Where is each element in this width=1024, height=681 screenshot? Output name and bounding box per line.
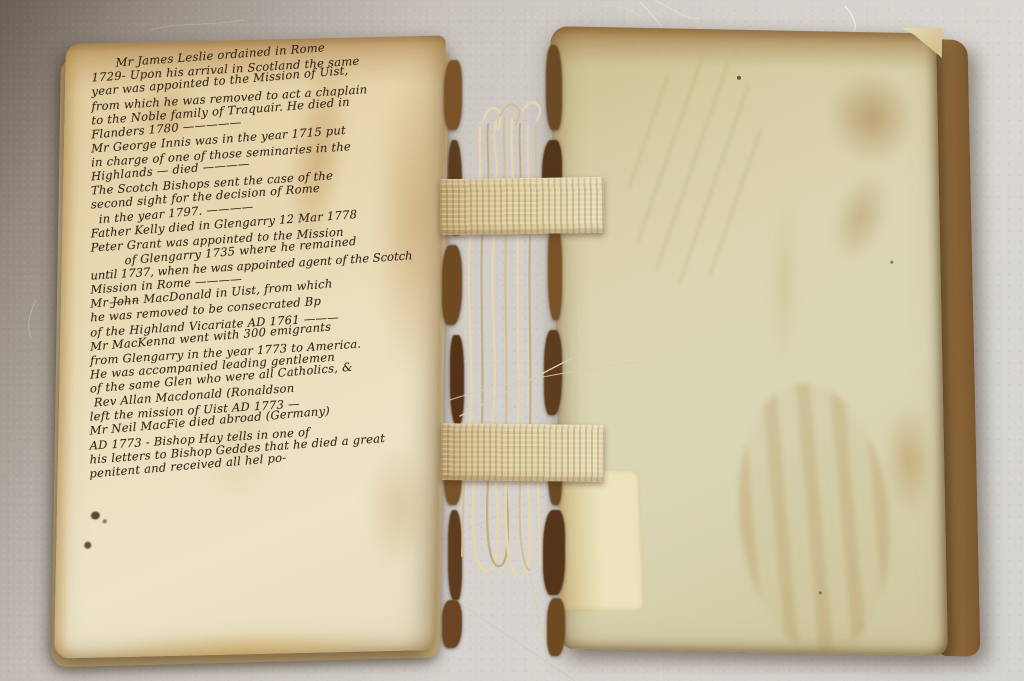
stain-bottom-edge [70,610,416,658]
ink-blot [84,542,91,549]
binding-tape-upper [440,177,605,235]
hair-fiber [655,0,700,19]
thread-fiber-top-right [845,6,855,33]
sewing-threads [430,28,690,668]
paper-speck [819,591,822,594]
stain-top-right-smudge [806,144,914,291]
stain-top-right-smudge [810,51,932,183]
hair-fiber [150,20,244,30]
paper-speck [737,76,741,80]
ink-blot [103,519,107,523]
handwritten-text-block: Mr James Leslie ordained in Rome1729- Up… [89,44,439,480]
stain-middle-streak [761,149,810,411]
stain-right-edge-blotch [875,380,944,541]
ink-blot [91,511,100,519]
binding-tape-lower [441,423,605,482]
hair-fiber [300,662,352,668]
stain-bottom-streaks [728,380,901,656]
paper-speck [890,261,893,264]
photograph-of-open-manuscript: Mr James Leslie ordained in Rome1729- Up… [0,0,1024,681]
left-manuscript-page: Mr James Leslie ordained in Rome1729- Up… [54,35,446,658]
hair-fiber [29,300,36,338]
hair-fiber [600,6,648,24]
